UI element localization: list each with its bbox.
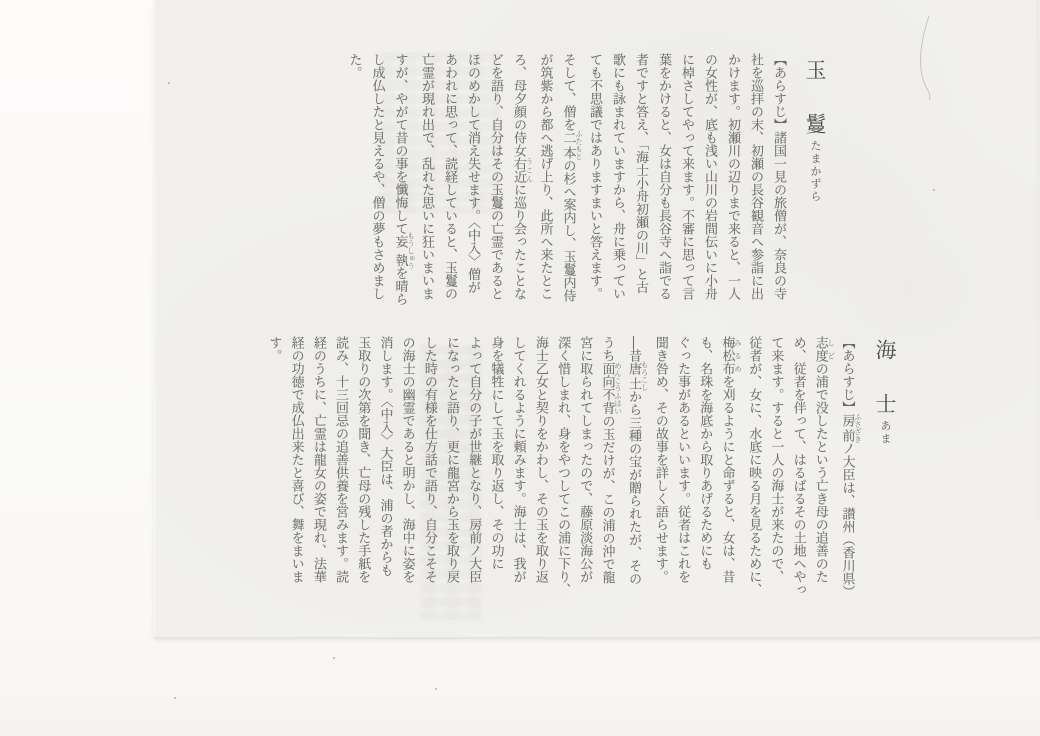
text-column: し成仏したと見えるや、僧の夢もさめまし xyxy=(366,53,389,321)
text-column: 経のうちに、亡霊は龍女の姿で現れ、法華 xyxy=(307,336,329,604)
text-column: 従者が、女に、水底に映る月を見るために、 xyxy=(742,336,764,604)
text-column: ても不思議ではありますまいと答えます。 xyxy=(583,53,606,321)
text-column: 宮に取られてしまったので、藤原淡海公が xyxy=(573,336,595,604)
text-column: 読み、十三回忌の追善供養を営みます。読 xyxy=(329,336,351,604)
text-column: 玉取りの次第を聞き、亡母の残した手紙を xyxy=(351,336,373,604)
text-column: 社を巡拝の末、初瀬の長谷観音へ参詣に出 xyxy=(744,53,767,321)
text-column: 歌にも詠まれていますから、舟に乗ってい xyxy=(606,53,629,321)
ruby-annotated-word: 妄執もうしゅう xyxy=(393,235,408,267)
text-column: ろ、母夕顔の侍女右近うこんに巡り会ったことな xyxy=(507,53,534,321)
text-column: す。 xyxy=(262,336,284,604)
text-column: 亡霊が現れ出で、乱れた思いに狂いまいま xyxy=(415,53,438,321)
text-column: に棹さしてやって来ます。不審に思って言 xyxy=(675,53,698,321)
text-column: してくれるように頼みます。海士は、我が xyxy=(506,336,528,604)
ruby-annotated-word: 面向不背めんこうふはい xyxy=(599,362,614,414)
text-column: 【あらすじ】諸国一見の旅僧が、奈良の寺 xyxy=(767,53,790,321)
text-column: 【あらすじ】房前ふさざきノ大臣は、讃州（香川県） xyxy=(835,336,862,604)
text-column: そして、僧を二本ふたもとの杉へ案内し、玉鬘内侍 xyxy=(557,53,584,321)
text-column: 経の功徳で成仏出来たと喜び、舞をまいま xyxy=(284,336,306,604)
text-column: すが、やがて昔の事を懺悔して妄執もうしゅうを晴ら xyxy=(389,53,416,321)
text-column: 志度しどの浦で没したという亡き母の追善のた xyxy=(809,336,836,604)
section-ama: 海 士あま 【あらすじ】房前ふさざきノ大臣は、讃州（香川県）志度しどの浦で没した… xyxy=(262,336,908,604)
text-column: 深く惜しまれ、身をやつしてこの浦に下り、 xyxy=(551,336,573,604)
scan-edge-shadow xyxy=(1036,0,1040,520)
dust-speck xyxy=(435,688,437,690)
title-reading: たまかずら xyxy=(809,140,822,203)
text-column: て来ます。すると一人の海士が来たので、 xyxy=(764,336,786,604)
title-reading: あま xyxy=(879,420,892,445)
text-column: 聞き咎め、その故事を詳しく語らせます。 xyxy=(649,336,671,604)
text-column: になったと語り、更に龍宮から玉を取り戻 xyxy=(440,336,462,604)
text-column: た。 xyxy=(343,53,366,321)
text-column: うち面向不背めんこうふはいの玉だけが、この浦の沖で龍 xyxy=(595,336,622,604)
section-tamakazura: 玉 鬘たまかずら 【あらすじ】諸国一見の旅僧が、奈良の寺社を巡拝の末、初瀬の長谷… xyxy=(343,53,841,321)
ruby-annotated-word: 二本ふたもと xyxy=(561,131,576,159)
paper-sheet: 玉 鬘たまかずら 【あらすじ】諸国一見の旅僧が、奈良の寺社を巡拝の末、初瀬の長谷… xyxy=(154,0,1040,638)
synopsis-text: 【あらすじ】諸国一見の旅僧が、奈良の寺社を巡拝の末、初瀬の長谷観音へ参詣に出かけ… xyxy=(343,53,791,321)
synopsis-text: 【あらすじ】房前ふさざきノ大臣は、讃州（香川県）志度しどの浦で没したという亡き母… xyxy=(262,336,862,604)
text-column: よって自分の子が世継となり、房前ノ大臣 xyxy=(462,336,484,604)
text-column: 身を犠牲にして玉を取り返し、その功に xyxy=(484,336,506,604)
hair-scratch-artifact xyxy=(915,14,947,106)
text-column: どを語り、自分はその玉鬘の亡霊であると xyxy=(484,53,507,321)
text-column: も、名珠を海底から取りあげるためにも xyxy=(693,336,715,604)
text-column: した時の有様を仕方話で語り、自分こそそ xyxy=(418,336,440,604)
text-column: 海士乙女と契りをかわし、その玉を取り返 xyxy=(529,336,551,604)
text-column: が筑紫から都へ逃げ上り、此所へ来たとこ xyxy=(534,53,557,321)
text-column: あわれに思って、読経していると、玉鬘の xyxy=(438,53,461,321)
ruby-annotated-word: 梅松布みるめ xyxy=(719,336,734,375)
text-column: ―昔唐土もろこしから三種の宝が贈られたが、その xyxy=(622,336,649,604)
text-column: の海士の幽霊であると明かし、海中に姿を xyxy=(395,336,417,604)
scanned-page: 玉 鬘たまかずら 【あらすじ】諸国一見の旅僧が、奈良の寺社を巡拝の末、初瀬の長谷… xyxy=(0,0,1040,736)
paper-bottom-edge xyxy=(154,637,1040,639)
section-title: 海 士あま xyxy=(862,339,908,604)
title-kanji: 玉 鬘 xyxy=(803,59,827,140)
ruby-annotated-word: 房前ふさざき xyxy=(840,414,855,442)
text-column: かけます。初瀬川の辺りまで来ると、一人 xyxy=(721,53,744,321)
dust-speck xyxy=(933,189,935,191)
ruby-annotated-word: 右近うこん xyxy=(511,157,526,183)
dust-speck xyxy=(168,82,170,84)
ruby-annotated-word: 唐土もろこし xyxy=(626,362,641,390)
text-column: ほのめかして消え失せます。〈中入〉僧が xyxy=(461,53,484,321)
dust-speck xyxy=(174,697,176,699)
text-column: 葉をかけると、女は自分も長谷寺へ詣でる xyxy=(652,53,675,321)
text-column: の女性が、底も浅い山川の岩間伝いに小舟 xyxy=(698,53,721,321)
ruby-annotated-word: 志度しど xyxy=(813,336,828,362)
text-column: め、従者を伴って、はるばるその土地へやっ xyxy=(786,336,808,604)
section-title: 玉 鬘たまかずら xyxy=(790,59,840,321)
text-column: 梅松布みるめを刈るようにと命ずると、女は、昔 xyxy=(715,336,742,604)
title-kanji: 海 士 xyxy=(873,339,897,420)
text-column: 消します。〈中入〉大臣は、浦の者からも xyxy=(373,336,395,604)
text-column: ぐった事があるといいます。従者はこれを xyxy=(671,336,693,604)
text-column: 者ですと答え、「海士小舟初瀬の川」と古 xyxy=(629,53,652,321)
dust-speck xyxy=(333,657,335,659)
